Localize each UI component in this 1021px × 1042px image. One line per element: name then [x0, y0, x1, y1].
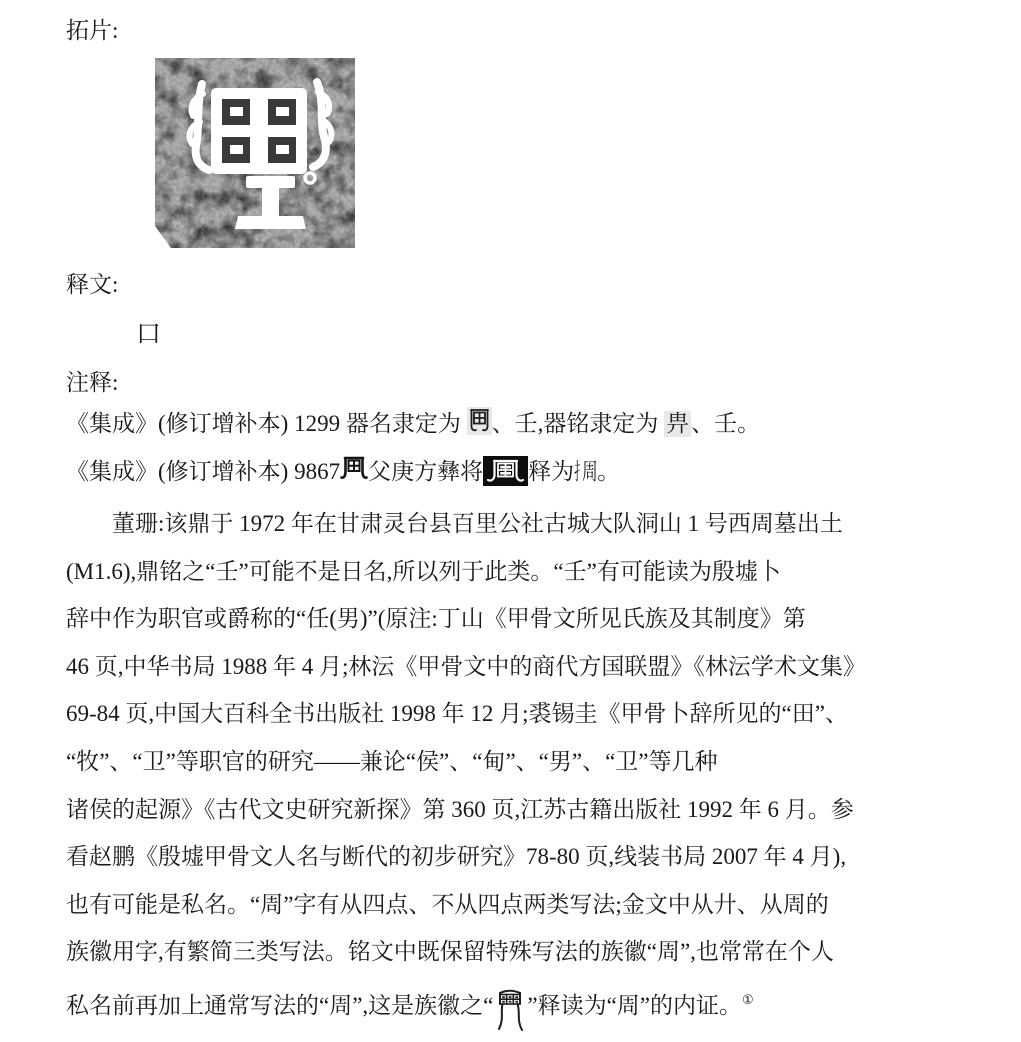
rubbing-image [155, 58, 355, 248]
text-line: 诸侯的起源》《古代文史研究新探》第 360 页,江苏古籍出版社 1992 年 6… [66, 786, 986, 834]
text-line: 《集成》(修订增补本) 9867 父庚方彝将 释为扌周。 [66, 448, 986, 496]
clan-emblem-glyph [340, 454, 368, 484]
clan-emblem-glyph [493, 986, 527, 1032]
rubbing-section-label: 拓片: [66, 12, 118, 45]
text-line: 族徽用字,有繁简三类写法。铭文中既保留特殊写法的族徽“周”,也常常在个人 [66, 928, 986, 976]
variant-character: 畁 [664, 411, 691, 437]
text-line: 也有可能是私名。“周”字有从四点、不从四点两类写法;金文中从廾、从周的 [66, 881, 986, 929]
commentary-paragraph: 董珊:该鼎于 1972 年在甘肃灵台县百里公社古城大队洞山 1 号西周墓出土(M… [66, 500, 986, 1024]
text-line: 69-84 页,中国大百科全书出版社 1998 年 12 月;裘锡圭《甲骨卜辞所… [66, 690, 986, 738]
clan-emblem-glyph [483, 456, 528, 486]
text-line: 看赵鹏《殷墟甲骨文人名与断代的初步研究》78-80 页,线装书局 2007 年 … [66, 833, 986, 881]
footnote-marker: ① [742, 992, 754, 1007]
notes-reference-lines: 《集成》(修订增补本) 1299 器名隶定为 、壬,器铭隶定为 畁、壬。《集成》… [66, 400, 986, 495]
text-line: (M1.6),鼎铭之“壬”可能不是日名,所以列于此类。“壬”有可能读为殷墟卜 [66, 548, 986, 596]
text-line: 46 页,中华书局 1988 年 4 月;林沄《甲骨文中的商代方国联盟》《林沄学… [66, 643, 986, 691]
composed-rare-character: 扌周 [574, 448, 597, 496]
text-line: 辞中作为职官或爵称的“任(男)”(原注:丁山《甲骨文所见氏族及其制度》第 [66, 595, 986, 643]
text-line: “牧”、“卫”等职官的研究——兼论“侯”、“甸”、“男”、“卫”等几种 [66, 738, 986, 786]
clan-emblem-glyph [467, 407, 492, 435]
notes-section-label: 注释: [66, 364, 118, 397]
text-line: 董珊:该鼎于 1972 年在甘肃灵台县百里公社古城大队洞山 1 号西周墓出土 [66, 500, 986, 548]
text-line: 《集成》(修订增补本) 1299 器名隶定为 、壬,器铭隶定为 畁、壬。 [66, 400, 986, 448]
transcription-section-label: 释文: [66, 266, 118, 299]
transcription-text: 口 [136, 314, 161, 350]
document-page: { "labels": { "rubbing": "拓片:", "transcr… [0, 0, 1021, 1042]
text-line: 私名前再加上通常写法的“周”,这是族徽之“ ”释读为“周”的内证。① [66, 976, 986, 1024]
